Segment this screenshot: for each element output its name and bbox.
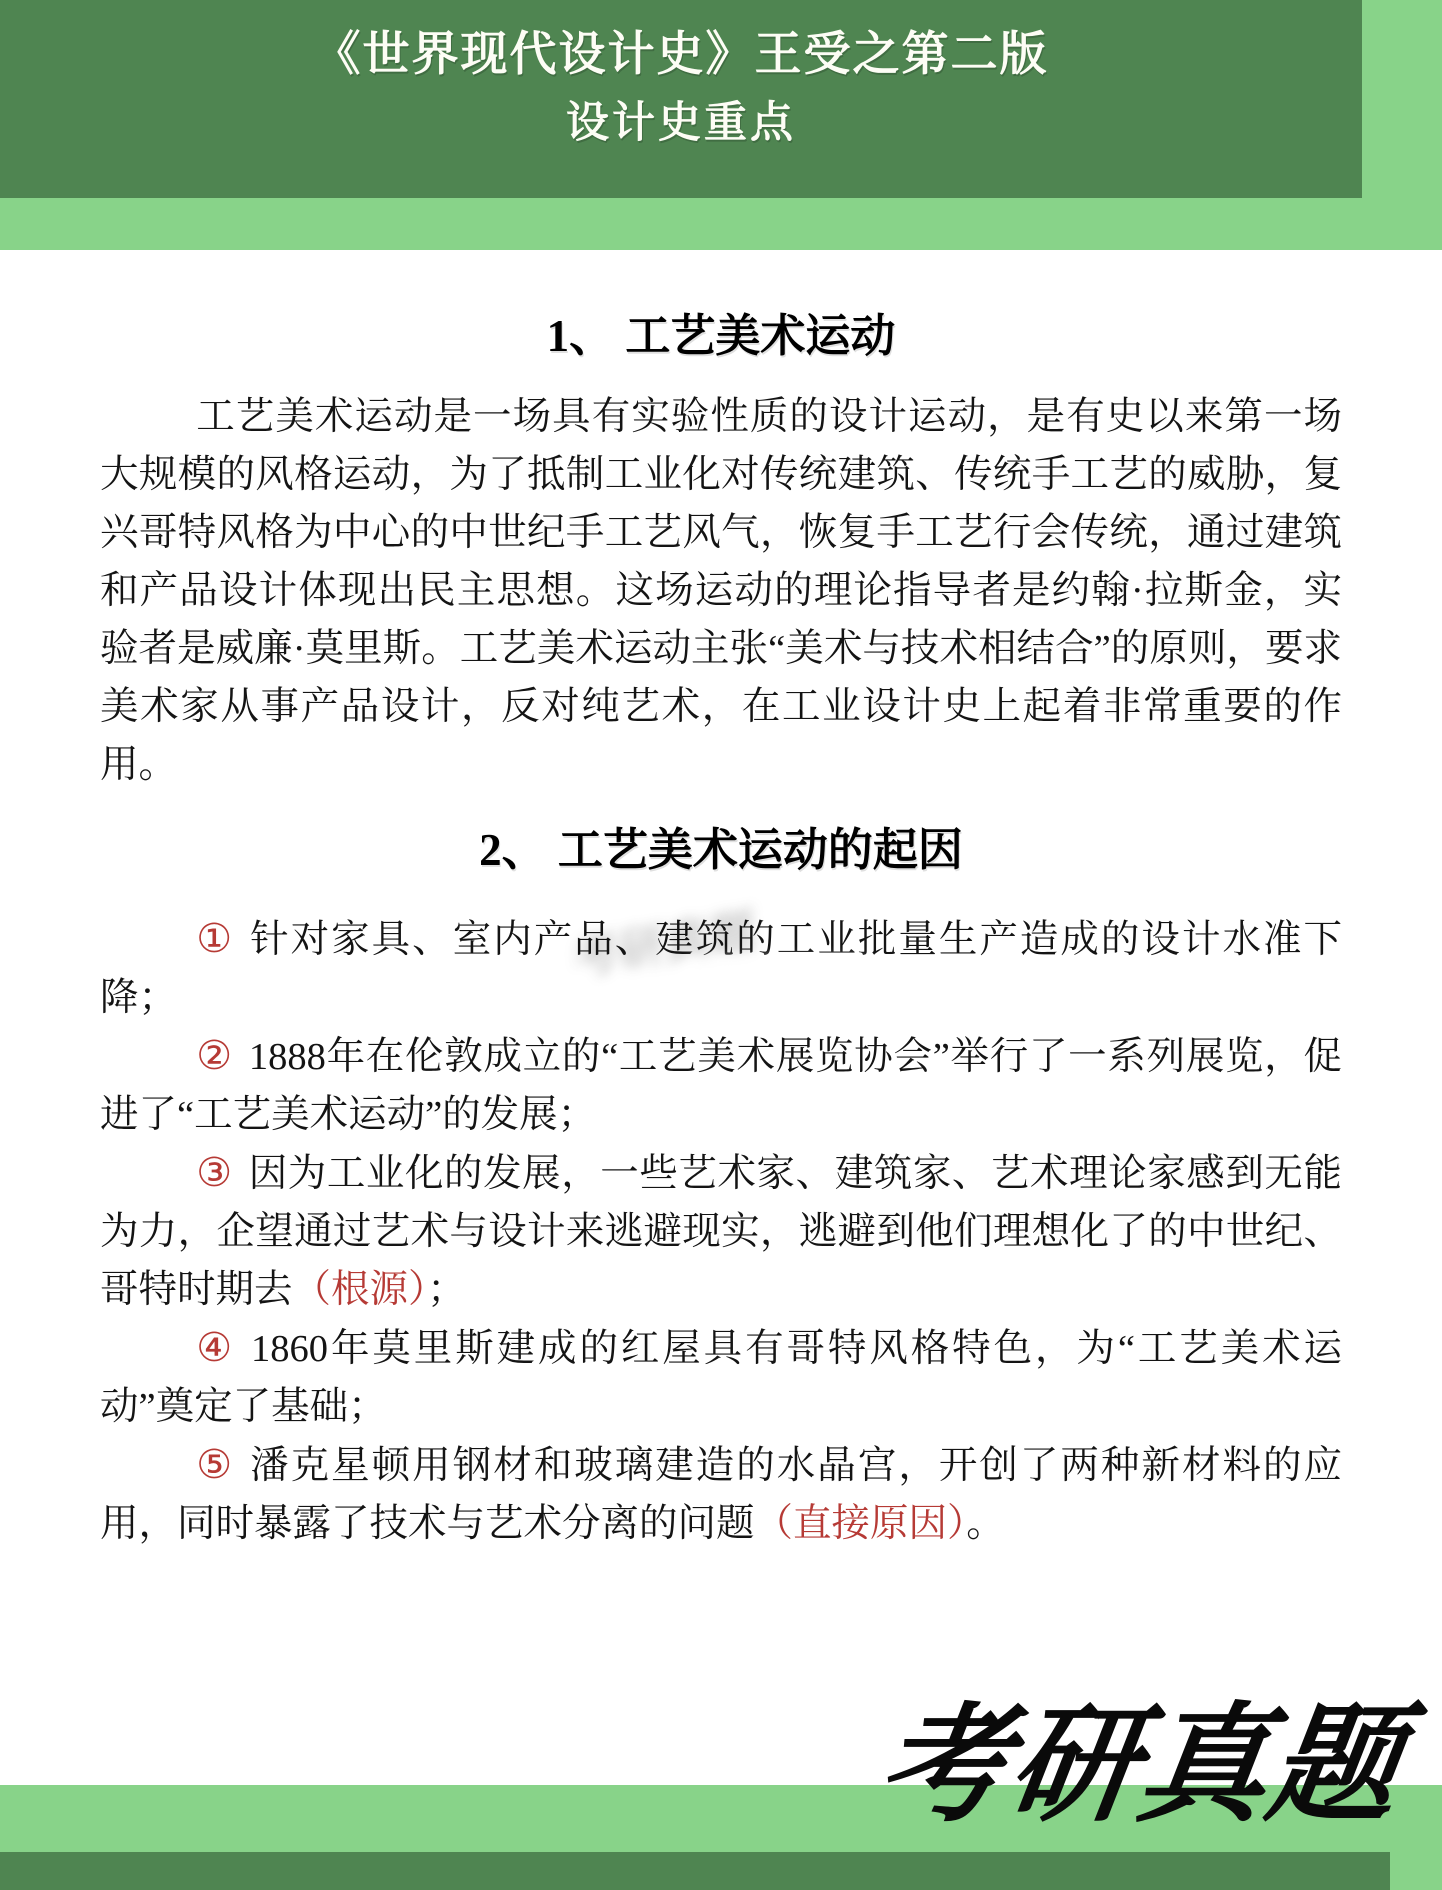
- circled-number: ④: [196, 1326, 235, 1370]
- list-item-red-note: （直接原因）: [755, 1503, 967, 1545]
- section-1-heading: 1、 工艺美术运动: [100, 312, 1342, 360]
- header-banner: 《世界现代设计史》王受之第二版 设计史重点: [0, 0, 1362, 198]
- list-item: ③因为工业化的发展，一些艺术家、建筑家、艺术理论家感到无能为力，企望通过艺术与设…: [100, 1144, 1342, 1319]
- book-title: 《世界现代设计史》王受之第二版: [314, 26, 1049, 82]
- list-item-text: 1888年在伦敦成立的“工艺美术展览协会”举行了一系列展览，促进了“工艺美术运动…: [100, 1036, 1342, 1136]
- list-item-text: 1860年莫里斯建成的红屋具有哥特风格特色，为“工艺美术运动”奠定了基础；: [100, 1328, 1342, 1428]
- list-item: ④1860年莫里斯建成的红屋具有哥特风格特色，为“工艺美术运动”奠定了基础；: [100, 1319, 1342, 1436]
- page-subtitle: 设计史重点: [566, 98, 796, 148]
- exam-stamp-text: 考研真题: [870, 1694, 1410, 1837]
- watermark-erase-smear: [690, 956, 865, 1004]
- section-2-heading: 2、 工艺美术运动的起因: [100, 826, 1342, 874]
- document-body: 1、 工艺美术运动 工艺美术运动是一场具有实验性质的设计运动，是有史以来第一场大…: [100, 312, 1342, 1553]
- section-1-paragraph: 工艺美术运动是一场具有实验性质的设计运动，是有史以来第一场大规模的风格运动，为了…: [100, 388, 1342, 794]
- list-item-tail: 。: [966, 1503, 1005, 1545]
- list-item-tail: ；: [427, 1269, 466, 1311]
- circled-number: ③: [196, 1151, 232, 1195]
- list-item: ⑤潘克星顿用钢材和玻璃建造的水晶宫，开创了两种新材料的应用，同时暴露了技术与艺术…: [100, 1436, 1342, 1553]
- circled-number: ①: [196, 917, 234, 961]
- circled-number: ②: [196, 1034, 233, 1078]
- circled-number: ⑤: [196, 1443, 234, 1487]
- footer-dark-band: [0, 1852, 1390, 1890]
- list-item: ②1888年在伦敦成立的“工艺美术展览协会”举行了一系列展览，促进了“工艺美术运…: [100, 1027, 1342, 1144]
- list-item-text: 因为工业化的发展，一些艺术家、建筑家、艺术理论家感到无能为力，企望通过艺术与设计…: [100, 1153, 1342, 1311]
- list-item-red-note: （根源）: [293, 1269, 428, 1311]
- list-item-text: 潘克星顿用钢材和玻璃建造的水晶宫，开创了两种新材料的应用，同时暴露了技术与艺术分…: [100, 1445, 1342, 1545]
- header-light-band: [0, 198, 1442, 250]
